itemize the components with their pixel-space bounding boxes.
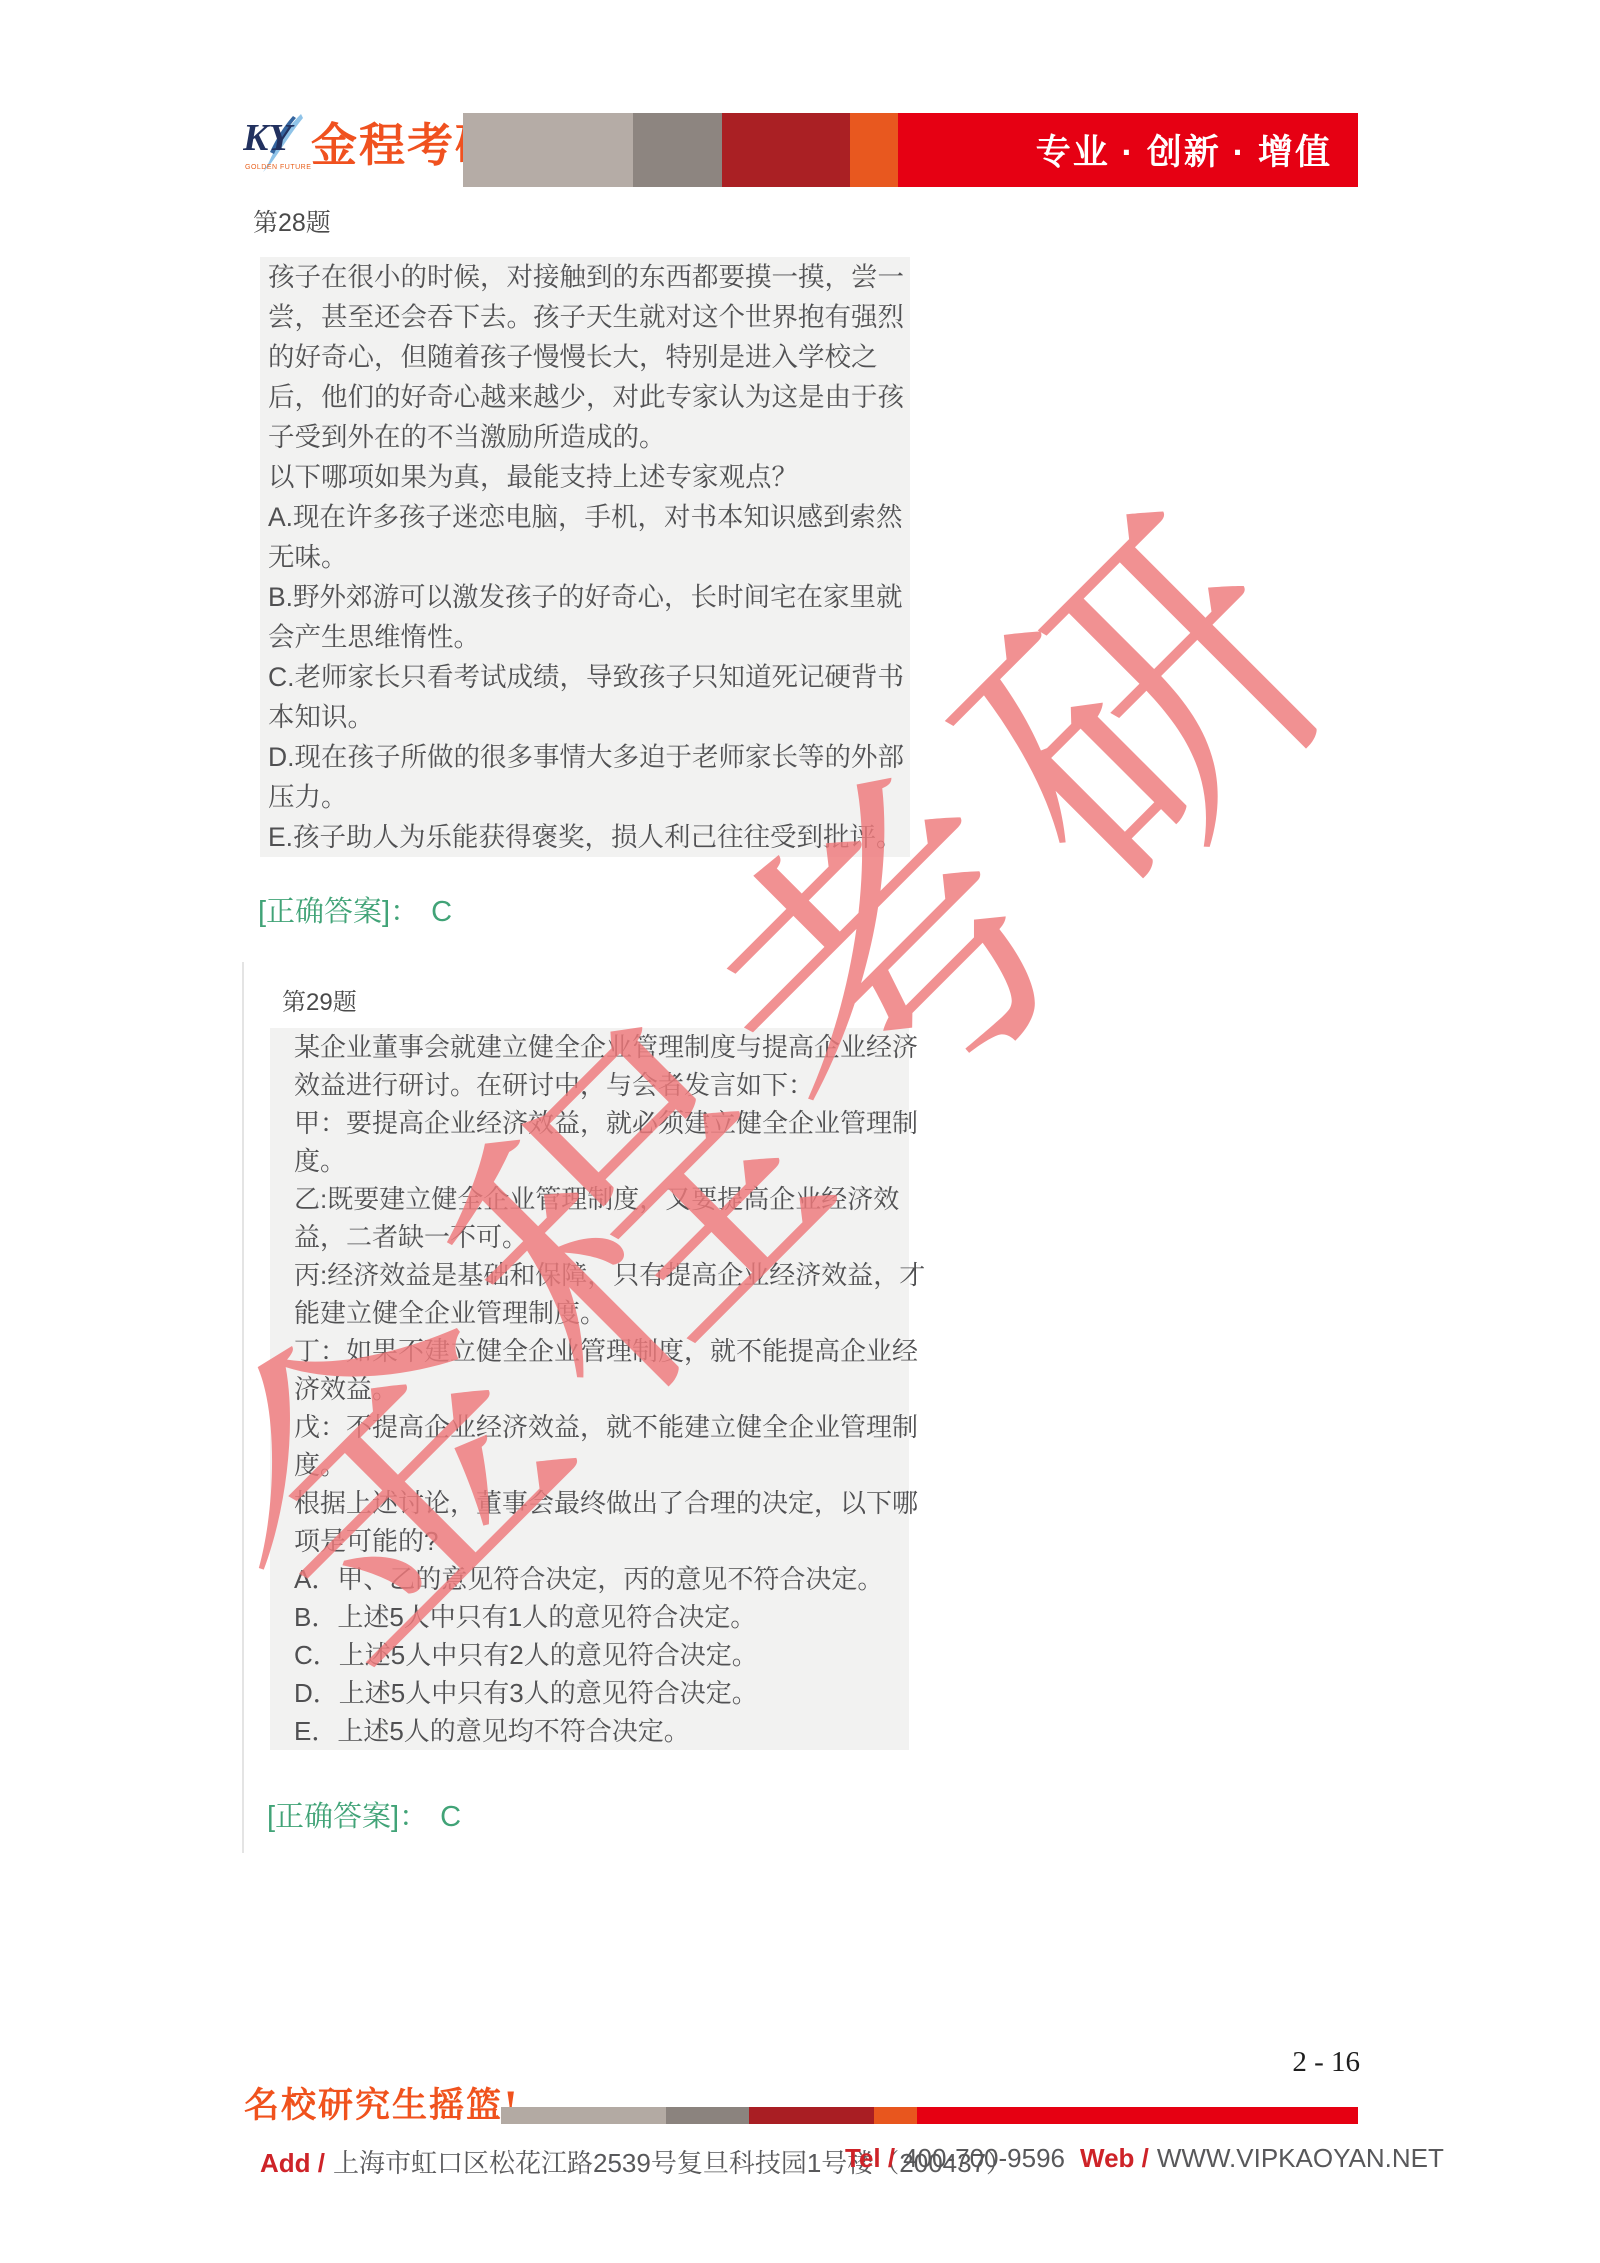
text-line: D.现在孩子所做的很多事情大多迫于老师家长等的外部 — [268, 737, 910, 777]
text-line: 的好奇心，但随着孩子慢慢长大，特别是进入学校之 — [268, 337, 910, 377]
text-line: D．上述5人中只有3人的意见符合决定。 — [294, 1674, 909, 1712]
text-line: A.现在许多孩子迷恋电脑，手机，对书本知识感到索然 — [268, 497, 910, 537]
band-segment-orange — [850, 113, 898, 187]
answer-value: C — [431, 896, 452, 928]
text-line: 无味。 — [268, 537, 910, 577]
question-29-label: 第29题 — [282, 982, 357, 1017]
question-28-answer: [正确答案]：C — [258, 889, 452, 930]
answer-value: C — [440, 1801, 461, 1833]
band-segment-darkgray — [666, 2107, 749, 2124]
logo-letters: KY — [243, 117, 295, 159]
text-line: A．甲、乙的意见符合决定，丙的意见不符合决定。 — [294, 1560, 909, 1598]
address-label: Add / — [260, 2148, 325, 2178]
text-line: 子受到外在的不当激励所造成的。 — [268, 417, 910, 457]
footer-slogan: 名校研究生摇篮! — [244, 2078, 520, 2128]
text-line: 丙:经济效益是基础和保障，只有提高企业经济效益，才 — [294, 1256, 909, 1294]
document-page: KY GOLDEN FUTURE 金程考研 专业 · 创新 · 增值 第28题 … — [0, 0, 1600, 2263]
text-line: 度。 — [294, 1142, 909, 1180]
question-28-body: 孩子在很小的时候，对接触到的东西都要摸一摸，尝一尝，甚至还会吞下去。孩子天生就对… — [260, 257, 910, 857]
text-line: 戊：不提高企业经济效益，就不能建立健全企业管理制 — [294, 1408, 909, 1446]
footer-telephone: Tel /400-700-9596 — [845, 2143, 1065, 2174]
text-line: 度。 — [294, 1446, 909, 1484]
answer-label: [正确答案]： — [258, 896, 419, 928]
text-line: 能建立健全企业管理制度。 — [294, 1294, 909, 1332]
text-line: 孩子在很小的时候，对接触到的东西都要摸一摸，尝一 — [268, 257, 910, 297]
website-value: WWW.VIPKAOYAN.NET — [1157, 2143, 1444, 2173]
text-line: E．上述5人的意见均不符合决定。 — [294, 1712, 909, 1750]
text-line: B.野外郊游可以激发孩子的好奇心，长时间宅在家里就 — [268, 577, 910, 617]
question-29-section: 第29题 某企业董事会就建立健全企业管理制度与提高企业经济效益进行研讨。在研讨中… — [242, 962, 948, 1853]
text-line: 根据上述讨论，董事会最终做出了合理的决定，以下哪 — [294, 1484, 909, 1522]
text-line: 压力。 — [268, 777, 910, 817]
logo-subtext: GOLDEN FUTURE — [245, 164, 315, 172]
question-29-body: 某企业董事会就建立健全企业管理制度与提高企业经济效益进行研讨。在研讨中，与会者发… — [270, 1028, 909, 1750]
text-line: C.老师家长只看考试成绩，导致孩子只知道死记硬背书 — [268, 657, 910, 697]
text-line: 效益进行研讨。在研讨中，与会者发言如下： — [294, 1066, 909, 1104]
text-line: C．上述5人中只有2人的意见符合决定。 — [294, 1636, 909, 1674]
band-segment-darkred — [722, 113, 850, 187]
website-label: Web / — [1080, 2143, 1149, 2173]
band-segment-red: 专业 · 创新 · 增值 — [898, 113, 1358, 187]
text-line: 益，二者缺一不可。 — [294, 1218, 909, 1256]
band-segment-red — [917, 2107, 1358, 2124]
text-line: 会产生思维惰性。 — [268, 617, 910, 657]
text-line: 丁：如果不建立健全企业管理制度，就不能提高企业经 — [294, 1332, 909, 1370]
ky-feather-logo-icon: KY GOLDEN FUTURE — [243, 112, 307, 174]
text-line: 尝，甚至还会吞下去。孩子天生就对这个世界抱有强烈 — [268, 297, 910, 337]
text-line: 项是可能的? — [294, 1522, 909, 1560]
text-line: 后，他们的好奇心越来越少，对此专家认为这是由于孩 — [268, 377, 910, 417]
text-line: E.孩子助人为乐能获得褒奖，损人利己往往受到批评。 — [268, 817, 910, 857]
question-28-label: 第28题 — [253, 203, 331, 239]
band-segment-orange — [874, 2107, 917, 2124]
telephone-label: Tel / — [845, 2143, 895, 2173]
header-color-band: 专业 · 创新 · 增值 — [463, 113, 1358, 187]
question-29-answer: [正确答案]：C — [267, 1794, 461, 1835]
text-line: 济效益。 — [294, 1370, 909, 1408]
telephone-value: 400-700-9596 — [903, 2143, 1065, 2173]
header-slogan: 专业 · 创新 · 增值 — [1036, 125, 1332, 175]
page-number: 2 - 16 — [1260, 2046, 1360, 2079]
band-segment-gray — [463, 113, 633, 187]
footer-website: Web /WWW.VIPKAOYAN.NET — [1080, 2143, 1444, 2174]
text-line: 甲：要提高企业经济效益，就必须建立健全企业管理制 — [294, 1104, 909, 1142]
text-line: 某企业董事会就建立健全企业管理制度与提高企业经济 — [294, 1028, 909, 1066]
answer-label: [正确答案]： — [267, 1801, 428, 1833]
text-line: 以下哪项如果为真，最能支持上述专家观点？ — [268, 457, 910, 497]
text-line: 本知识。 — [268, 697, 910, 737]
band-segment-darkgray — [633, 113, 722, 187]
text-line: 乙:既要建立健全企业管理制度，又要提高企业经济效 — [294, 1180, 909, 1218]
footer-color-band — [501, 2107, 1358, 2124]
text-line: B．上述5人中只有1人的意见符合决定。 — [294, 1598, 909, 1636]
band-segment-darkred — [749, 2107, 874, 2124]
band-segment-gray — [501, 2107, 666, 2124]
